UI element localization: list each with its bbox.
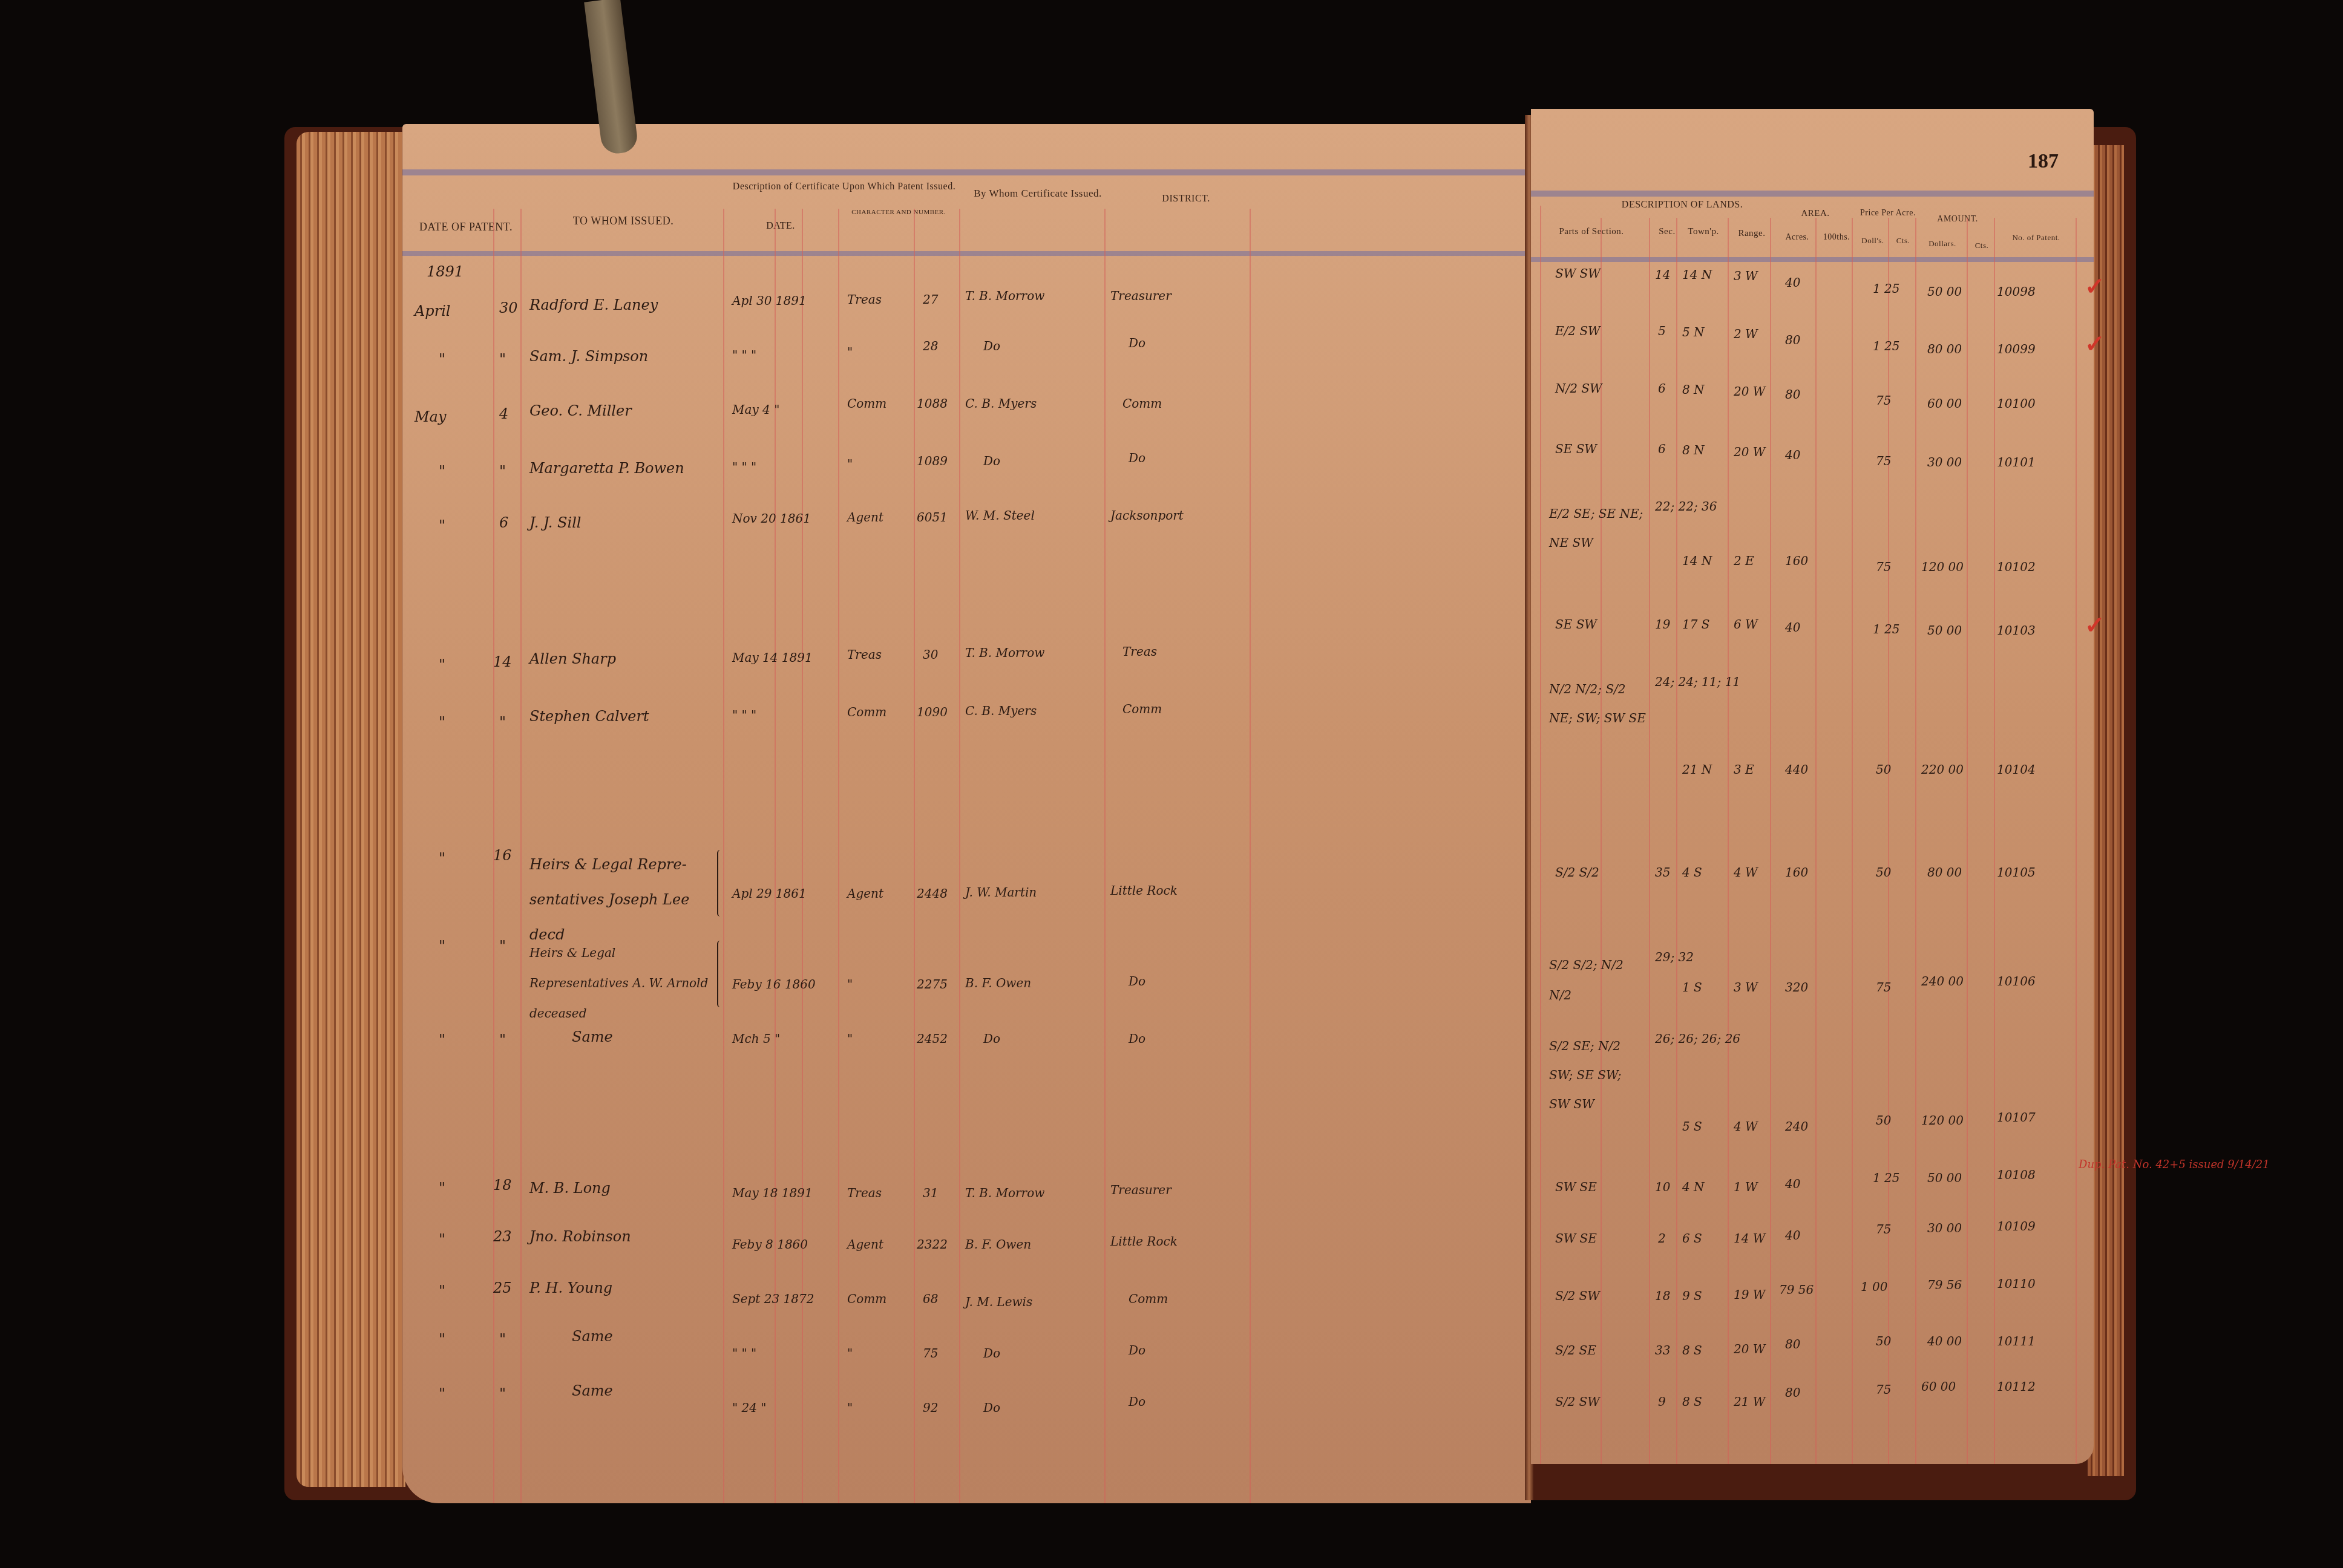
entry-district: Do — [1129, 451, 1145, 465]
entry-cert-date: May 18 1891 — [732, 1186, 813, 1200]
entry-character: Treas — [847, 292, 882, 307]
entry-character: " — [847, 457, 853, 471]
header-rule-bottom — [402, 251, 1531, 256]
ruling — [1104, 209, 1106, 1503]
entry-district: Do — [1129, 1343, 1145, 1357]
entry-day: 16 — [493, 847, 512, 864]
brace — [717, 941, 723, 1007]
col-cts: Cts. — [1891, 236, 1915, 246]
entry-cert-date: Feby 8 1860 — [732, 1237, 808, 1252]
entry-name: Margaretta P. Bowen — [529, 460, 684, 477]
ruling — [802, 209, 803, 1503]
entry-day: 25 — [493, 1279, 512, 1296]
entry-number: 92 — [923, 1400, 938, 1415]
entry-name: M. B. Long — [529, 1180, 611, 1197]
entry-day: 18 — [493, 1177, 512, 1194]
entry-name: Stephen Calvert — [529, 708, 649, 725]
entry-number: 27 — [923, 292, 938, 307]
entry-district: Do — [1129, 974, 1145, 988]
ruling — [959, 209, 960, 1503]
header-rule-bottom — [1531, 257, 2094, 262]
entry-district: Comm — [1129, 1292, 1168, 1306]
entry-by-whom: Do — [983, 339, 1000, 353]
entry-day: " — [499, 1031, 506, 1048]
entry-character: Comm — [847, 396, 886, 411]
col-no-of-patent: No. of Patent. — [1997, 233, 2076, 243]
entry-cert-date: " " " — [732, 460, 756, 474]
entry-month: " — [439, 463, 445, 480]
entry-cert-date: " 24 " — [732, 1400, 767, 1415]
entry-by-whom: B. F. Owen — [965, 1237, 1031, 1252]
entry-cert-date: May 4 " — [732, 402, 779, 417]
entry-by-whom: T. B. Morrow — [965, 645, 1044, 660]
entry-by-whom: T. B. Morrow — [965, 289, 1044, 303]
entry-by-whom: B. F. Owen — [965, 976, 1031, 990]
col-cert-date: DATE. — [729, 221, 832, 232]
entry-cert-date: Apl 29 1861 — [732, 886, 807, 901]
entry-cert-date: " " " — [732, 1346, 756, 1361]
left-page: DATE OF PATENT. TO WHOM ISSUED. Descript… — [402, 124, 1531, 1503]
entry-cert-date: Apl 30 1891 — [732, 293, 807, 308]
entry-number: 1089 — [917, 454, 948, 468]
entry-name: Allen Sharp — [529, 650, 616, 667]
entry-district: Treas — [1122, 644, 1157, 659]
ruling — [1540, 206, 1541, 1464]
entry-number: 68 — [923, 1292, 938, 1306]
entry-day: " — [499, 351, 506, 368]
entry-month: " — [439, 1031, 445, 1048]
entry-month: " — [439, 850, 445, 867]
entry-day: " — [499, 463, 506, 480]
entry-number: 31 — [923, 1186, 938, 1200]
ruling — [1676, 218, 1677, 1464]
entry-number: 2275 — [917, 977, 948, 991]
entry-name: Radford E. Laney — [529, 296, 658, 313]
entry-name: J. J. Sill — [529, 514, 582, 531]
entry-character: " — [847, 977, 853, 991]
left-page-edges — [297, 132, 405, 1487]
col-dollars: Dollars. — [1915, 239, 1970, 249]
entry-character: Comm — [847, 1292, 886, 1306]
ruling — [1649, 218, 1650, 1464]
entry-district: Treasurer — [1110, 1183, 1171, 1197]
entry-by-whom: C. B. Myers — [965, 396, 1037, 411]
ruling — [1770, 218, 1771, 1464]
col-date-of-patent: DATE OF PATENT. — [415, 221, 517, 234]
entry-by-whom: T. B. Morrow — [965, 1186, 1044, 1200]
entry-month: " — [439, 1331, 445, 1348]
col-hundredths: 100ths. — [1818, 233, 1855, 243]
entry-day: " — [499, 938, 506, 955]
entry-name: Heirs & Legal Repre-sentatives Joseph Le… — [529, 847, 717, 952]
entry-cert-date: Feby 16 1860 — [732, 977, 816, 991]
entry-month: " — [439, 1180, 445, 1197]
entry-character: " — [847, 345, 853, 359]
entry-day: 30 — [499, 299, 518, 316]
col-price-per-acre: Price Per Acre. — [1858, 209, 1918, 218]
entry-month: " — [439, 656, 445, 673]
entry-district: Little Rock — [1110, 1234, 1178, 1249]
ruling — [838, 209, 839, 1503]
entry-character: " — [847, 1400, 853, 1415]
page-number: 187 — [2028, 150, 2059, 173]
entry-character: Treas — [847, 647, 882, 662]
entry-district: Comm — [1122, 396, 1162, 411]
entry-number: 2322 — [917, 1237, 948, 1252]
ruling — [1815, 218, 1817, 1464]
entry-number: 28 — [923, 339, 938, 353]
entry-by-whom: W. M. Steel — [965, 508, 1035, 523]
entry-day: 6 — [499, 514, 508, 531]
ruling — [1888, 218, 1889, 1464]
entry-day: " — [499, 1385, 506, 1402]
col-district: DISTRICT. — [1116, 194, 1256, 204]
entry-month: May — [415, 408, 446, 425]
col-character-number: CHARACTER AND NUMBER. — [838, 209, 959, 216]
entry-month: " — [439, 351, 445, 368]
entry-cert-date: " " " — [732, 348, 756, 362]
entry-by-whom: Do — [983, 1346, 1000, 1361]
entry-month: April — [415, 302, 451, 319]
entry-month: " — [439, 1231, 445, 1248]
entry-cert-date: Mch 5 " — [732, 1031, 780, 1046]
entry-by-whom: Do — [983, 1400, 1000, 1415]
entry-day: 14 — [493, 653, 512, 670]
right-page: 187 DESCRIPTION OF LANDS. Parts of Secti… — [1531, 109, 2094, 1464]
entry-character: Comm — [847, 705, 886, 719]
ruling — [723, 209, 724, 1503]
entry-district: Comm — [1122, 702, 1162, 716]
entry-name: Heirs & Legal Representatives A. W. Arno… — [529, 938, 717, 1028]
entry-day: " — [499, 714, 506, 731]
ruling — [1967, 218, 1968, 1464]
entry-character: Treas — [847, 1186, 882, 1200]
entry-name: Same — [572, 1328, 613, 1345]
entry-number: 75 — [923, 1346, 938, 1361]
entry-day: 4 — [499, 405, 508, 422]
col-dolls: Doll's. — [1855, 236, 1891, 246]
ruling — [520, 209, 522, 1503]
brace — [717, 850, 723, 916]
col-description-of-lands: DESCRIPTION OF LANDS. — [1555, 200, 1809, 211]
ruling — [1852, 218, 1853, 1464]
entry-district: Do — [1129, 336, 1145, 350]
entry-month: " — [439, 714, 445, 731]
header-rule-top — [1531, 191, 2094, 197]
ruling — [1728, 218, 1729, 1464]
ruling — [1250, 209, 1251, 1503]
entry-number: 2448 — [917, 886, 948, 901]
entry-number: 1088 — [917, 396, 948, 411]
ruling — [2076, 218, 2077, 1464]
entry-district: Do — [1129, 1031, 1145, 1046]
entry-name: P. H. Young — [529, 1279, 612, 1296]
ruling — [1994, 218, 1995, 1464]
entry-character: Agent — [847, 510, 883, 524]
col-certificate-description: Description of Certificate Upon Which Pa… — [729, 181, 959, 192]
entry-by-whom: Do — [983, 454, 1000, 468]
entry-cert-date: " " " — [732, 708, 756, 722]
entry-name: Same — [572, 1382, 613, 1399]
entry-number: 6051 — [917, 510, 948, 524]
col-to-whom-issued: TO WHOM ISSUED. — [523, 215, 723, 227]
entry-number: 2452 — [917, 1031, 948, 1046]
entry-day: " — [499, 1331, 506, 1348]
entry-character: Agent — [847, 886, 883, 901]
entry-by-whom: J. M. Lewis — [965, 1295, 1032, 1309]
col-by-whom: By Whom Certificate Issued. — [965, 188, 1110, 200]
entry-by-whom: J. W. Martin — [965, 885, 1037, 900]
entry-month: " — [439, 1385, 445, 1402]
entry-name: Geo. C. Miller — [529, 402, 632, 419]
entry-cert-date: Nov 20 1861 — [732, 511, 811, 526]
col-township: Town'p. — [1679, 227, 1728, 237]
col-amount: AMOUNT. — [1918, 215, 1997, 224]
entry-by-whom: C. B. Myers — [965, 704, 1037, 718]
col-acres: Acres. — [1773, 233, 1821, 243]
year-heading: 1891 — [427, 263, 464, 280]
ruling — [1601, 218, 1602, 1464]
col-parts-of-section: Parts of Section. — [1543, 227, 1640, 237]
entry-cert-date: May 14 1891 — [732, 650, 813, 665]
entry-district: Do — [1129, 1394, 1145, 1409]
entry-name: Jno. Robinson — [529, 1228, 631, 1245]
header-rule-top — [402, 169, 1531, 175]
entry-character: Agent — [847, 1237, 883, 1252]
col-range: Range. — [1731, 229, 1773, 239]
entry-name: Sam. J. Simpson — [529, 348, 648, 365]
entry-by-whom: Do — [983, 1031, 1000, 1046]
open-ledger-book: DATE OF PATENT. TO WHOM ISSUED. Descript… — [284, 109, 2136, 1512]
entry-number: 30 — [923, 647, 938, 662]
entry-character: " — [847, 1346, 853, 1361]
entry-district: Treasurer — [1110, 289, 1171, 303]
entry-character: " — [847, 1031, 853, 1046]
entry-district: Jacksonport — [1110, 508, 1184, 523]
entry-month: " — [439, 938, 445, 955]
col-sec: Sec. — [1652, 227, 1682, 237]
ruling — [1915, 218, 1916, 1464]
entry-cert-date: Sept 23 1872 — [732, 1292, 814, 1306]
entry-name: Same — [572, 1028, 613, 1045]
entry-month: " — [439, 517, 445, 534]
entry-day: 23 — [493, 1228, 512, 1245]
ruling — [914, 209, 915, 1503]
entry-month: " — [439, 1282, 445, 1299]
col-cts2: Cts. — [1970, 241, 1994, 250]
entry-number: 1090 — [917, 705, 948, 719]
entry-district: Little Rock — [1110, 883, 1178, 898]
